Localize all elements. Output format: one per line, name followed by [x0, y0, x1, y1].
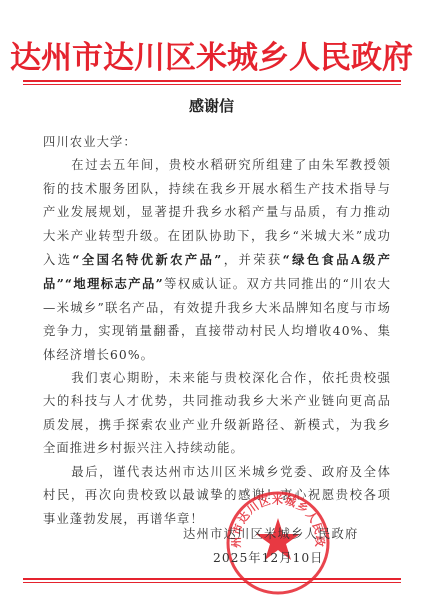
letterhead-rule-thin [23, 84, 401, 85]
document-title: 感谢信 [0, 96, 423, 116]
award-name: “全国名特优新农产品” [72, 252, 222, 267]
footer-rule-thin [23, 582, 401, 583]
paragraph-2: 我们衷心期盼，未来能与贵校深化合作，依托贵校强大的科技与人才优势，共同推动我乡大… [43, 367, 391, 461]
paragraph-1-text: 在过去五年间，贵校水稻研究所组建了由朱军教授领衔的技术服务团队，持续在我乡开展水… [43, 158, 391, 267]
paragraph-3: 最后，谨代表达州市达川区米城乡党委、政府及全体村民，再次向贵校致以最诚挚的感谢！… [43, 461, 391, 531]
document-body: 四川农业大学： 在过去五年间，贵校水稻研究所组建了由朱军教授领衔的技术服务团队，… [43, 131, 391, 531]
signature-issuer: 达州市达川区米城乡人民政府 [183, 524, 358, 544]
salutation: 四川农业大学： [43, 131, 391, 154]
paragraph-1: 在过去五年间，贵校水稻研究所组建了由朱军教授领衔的技术服务团队，持续在我乡开展水… [43, 154, 391, 367]
footer-rule-thick [23, 578, 401, 580]
letterhead-issuer: 达州市达川区米城乡人民政府 [0, 38, 423, 78]
signature-date: 2025年12月10日 [213, 548, 323, 568]
letterhead-rule-thick [23, 80, 401, 82]
paragraph-1-text: ，并荣获 [222, 253, 282, 267]
